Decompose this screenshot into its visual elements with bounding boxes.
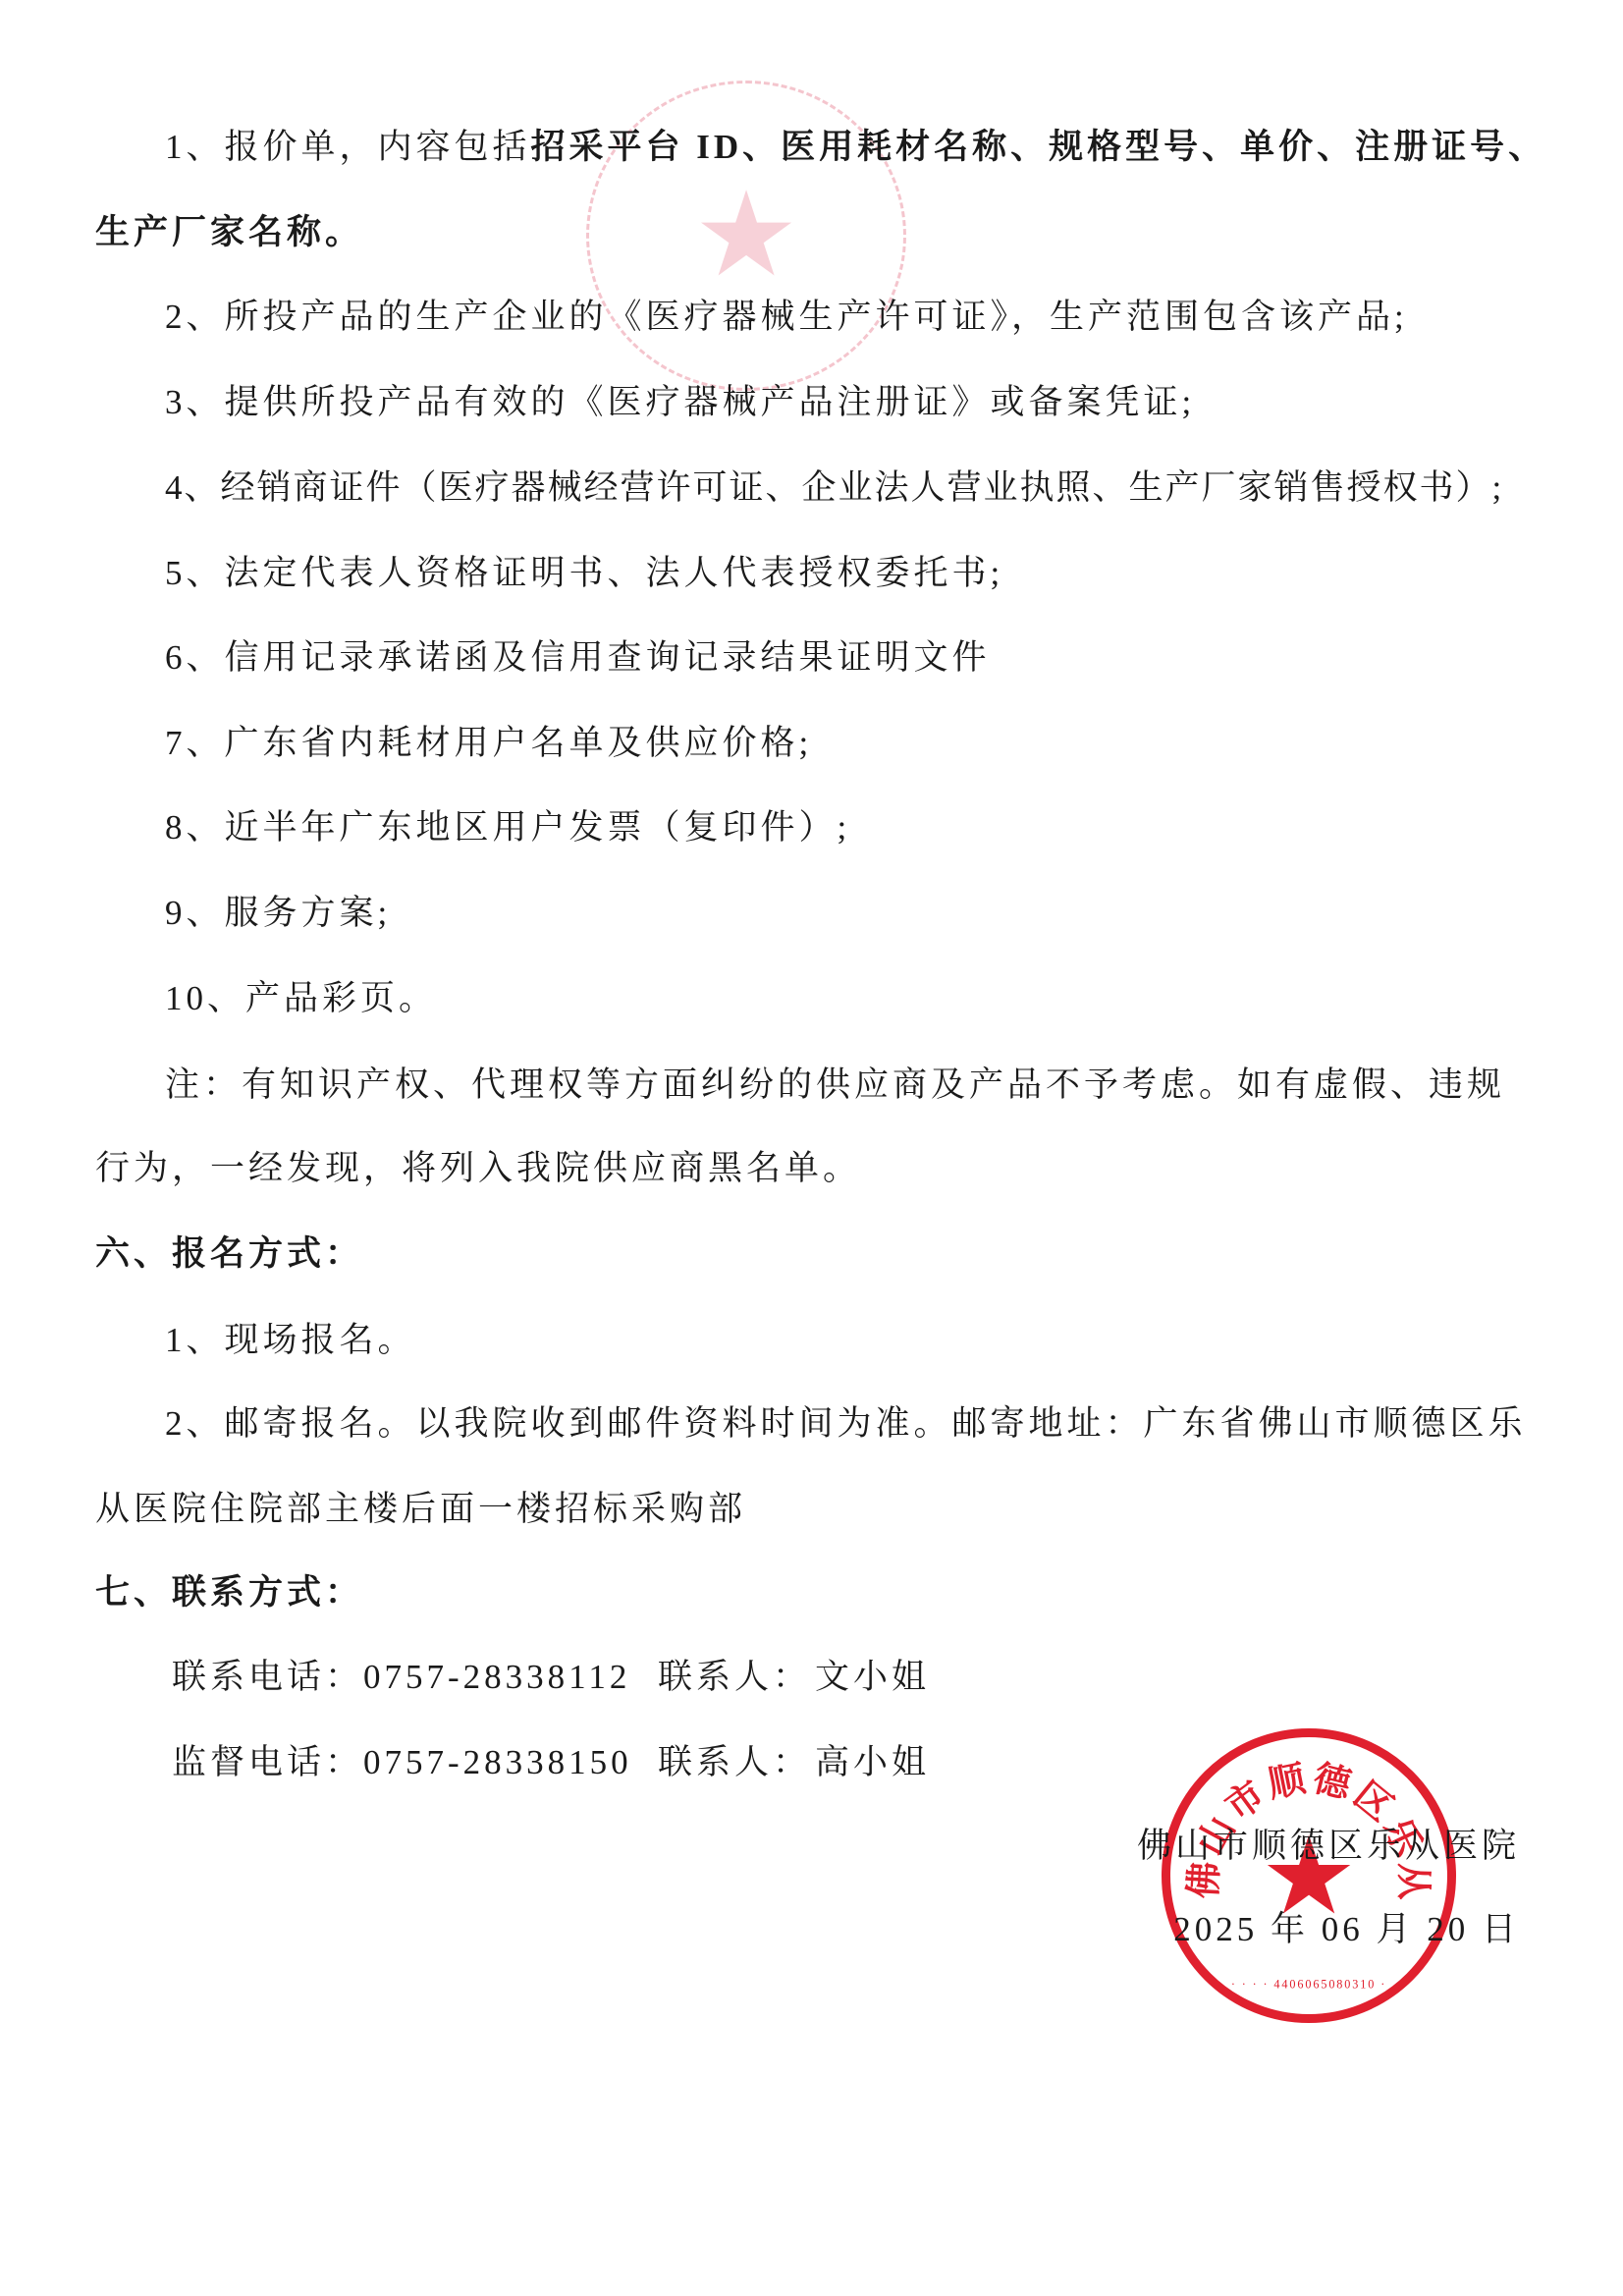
requirement-text: 法定代表人资格证明书、法人代表授权委托书;	[225, 554, 1004, 592]
requirement-text: 提供所投产品有效的《医疗器械产品注册证》或备案凭证;	[225, 383, 1196, 421]
contact-person: 高小姐	[815, 1739, 930, 1786]
signature-organization: 佛山市顺德区乐从医院	[1137, 1823, 1520, 1870]
requirement-number: 1、	[165, 128, 225, 166]
requirement-7: 7、广东省内耗材用户名单及供应价格;	[165, 720, 1520, 767]
requirement-8: 8、近半年广东地区用户发票（复印件）;	[165, 804, 1520, 851]
contact-phone: 0757-28338150	[363, 1739, 658, 1786]
requirement-number: 10、	[165, 979, 245, 1017]
registration-mail-line-2: 从医院住院部主楼后面一楼招标采购部	[95, 1486, 1519, 1533]
requirement-text: 产品彩页。	[245, 979, 437, 1017]
contact-row-phone: 联系电话：0757-28338112联系人：文小姐	[172, 1654, 930, 1701]
requirement-text: 所投产品的生产企业的《医疗器械生产许可证》，生产范围包含该产品;	[225, 298, 1408, 336]
registration-onsite: 1、现场报名。	[165, 1317, 1520, 1364]
requirement-9: 9、服务方案;	[165, 890, 1520, 937]
requirement-5: 5、法定代表人资格证明书、法人代表授权委托书;	[165, 550, 1520, 597]
contact-row-supervision: 监督电话：0757-28338150联系人：高小姐	[172, 1739, 930, 1786]
requirement-number: 8、	[165, 808, 225, 847]
requirement-number: 2、	[165, 298, 225, 336]
requirement-1: 1、报价单，内容包括招采平台 ID、医用耗材名称、规格型号、单价、注册证号、	[165, 124, 1520, 171]
requirement-2: 2、所投产品的生产企业的《医疗器械生产许可证》，生产范围包含该产品;	[165, 294, 1520, 341]
contact-label: 监督电话：	[172, 1739, 363, 1786]
requirement-number: 7、	[165, 724, 225, 762]
signature-date: 2025 年 06 月 20 日	[1173, 1906, 1520, 1953]
requirement-text: 近半年广东地区用户发票（复印件）;	[225, 808, 851, 847]
requirement-number: 9、	[165, 894, 225, 932]
requirement-number: 5、	[165, 554, 225, 592]
contact-person: 文小姐	[815, 1654, 930, 1701]
requirement-number: 3、	[165, 383, 225, 421]
requirement-10: 10、产品彩页。	[165, 975, 1520, 1022]
requirement-3: 3、提供所投产品有效的《医疗器械产品注册证》或备案凭证;	[165, 379, 1520, 426]
requirement-4: 4、经销商证件（医疗器械经营许可证、企业法人营业执照、生产厂家销售授权书）;	[165, 465, 1520, 512]
contact-person-label: 联系人：	[658, 1739, 815, 1786]
requirement-number: 6、	[165, 638, 225, 677]
contact-phone: 0757-28338112	[363, 1654, 658, 1701]
requirement-text: 服务方案;	[225, 894, 392, 932]
note-line-1: 注：有知识产权、代理权等方面纠纷的供应商及产品不予考虑。如有虚假、违规	[165, 1062, 1520, 1109]
registration-mail-line-1: 2、邮寄报名。以我院收到邮件资料时间为准。邮寄地址：广东省佛山市顺德区乐	[165, 1400, 1520, 1448]
requirement-text: 广东省内耗材用户名单及供应价格;	[225, 724, 813, 762]
contact-person-label: 联系人：	[658, 1654, 815, 1701]
requirement-number: 4、	[165, 468, 221, 507]
requirement-text: 报价单，内容包括	[225, 128, 531, 166]
requirement-1-continuation: 生产厂家名称。	[95, 209, 1519, 256]
seal-ring-text-icon: 佛山市顺德区乐从医院 · · · · 4406065080310 ·	[1170, 1737, 1447, 2014]
contact-label: 联系电话：	[172, 1654, 363, 1701]
note-line-2: 行为，一经发现，将列入我院供应商黑名单。	[95, 1145, 1519, 1192]
requirement-text: 信用记录承诺函及信用查询记录结果证明文件	[225, 638, 991, 677]
requirement-6: 6、信用记录承诺函及信用查询记录结果证明文件	[165, 634, 1520, 682]
section-6-heading: 六、报名方式：	[95, 1230, 1519, 1278]
requirement-bold-text: 招采平台 ID、医用耗材名称、规格型号、单价、注册证号、	[531, 128, 1547, 166]
official-seal-stamp: 佛山市顺德区乐从医院 · · · · 4406065080310 · ★	[1162, 1728, 1456, 2023]
svg-text:· · · · 4406065080310 ·: · · · · 4406065080310 ·	[1231, 1978, 1386, 1992]
requirement-text: 经销商证件（医疗器械经营许可证、企业法人营业执照、生产厂家销售授权书）;	[221, 468, 1504, 507]
section-7-heading: 七、联系方式：	[95, 1569, 1519, 1616]
svg-text:佛山市顺德区乐从医院: 佛山市顺德区乐从医院	[1170, 1737, 1433, 1903]
